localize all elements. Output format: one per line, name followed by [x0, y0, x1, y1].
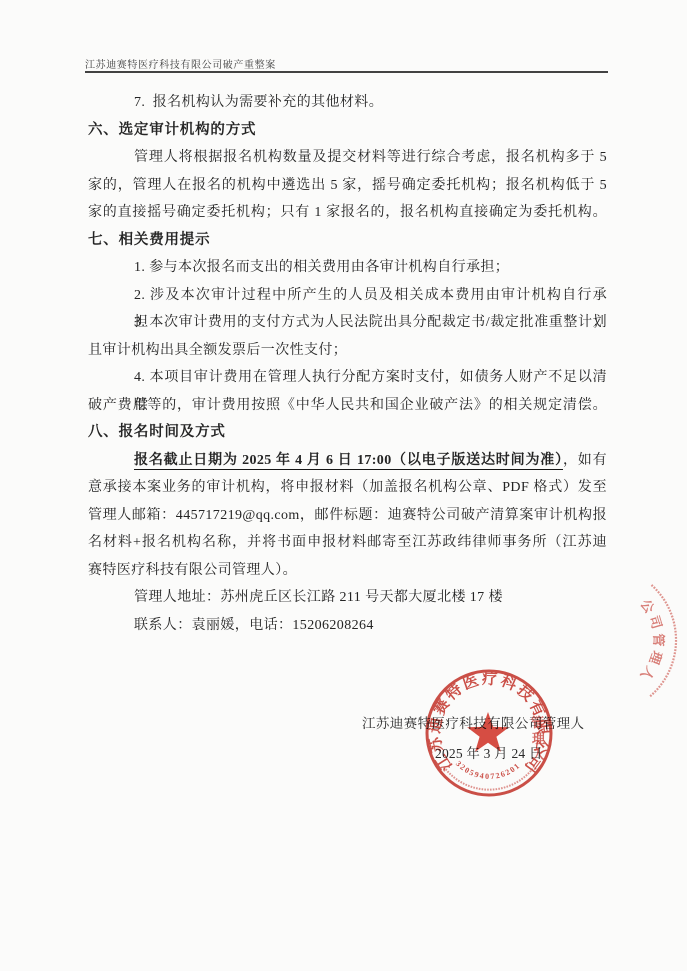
text-line: 3. 本次审计费用的支付方式为人民法院出具分配裁定书/裁定批准重整计划 — [88, 309, 607, 337]
text-line: 联系人：袁丽媛，电话：15206208264 — [88, 612, 607, 640]
text-line: 家的直接摇号确定委托机构；只有 1 家报名的，报名机构直接确定为委托机构。 — [88, 199, 607, 227]
seal-code: 3205940726201 — [454, 759, 522, 781]
page-header: 江苏迪赛特医疗科技有限公司破产重整案 — [85, 56, 625, 71]
text-line: 管理人将根据报名机构数量及提交材料等进行综合考虑，报名机构多于 5 — [88, 144, 607, 172]
seal-side-text: 管 理 人 — [531, 715, 546, 762]
text-line: 管理人邮箱：445717219@qq.com，邮件标题：迪赛特公司破产清算案审计… — [88, 502, 607, 530]
text-line: 赛特医疗科技有限公司管理人）。 — [88, 557, 607, 585]
text-line: 且审计机构出具全额发票后一次性支付； — [88, 337, 607, 365]
text-line: 1. 参与本次报名而支出的相关费用由各审计机构自行承担； — [88, 254, 607, 282]
edge-seal-ring-text: 公司管理人 — [635, 597, 666, 686]
text-line: 2. 涉及本次审计过程中所产生的人员及相关成本费用由审计机构自行承担； — [88, 282, 607, 310]
seal-side-char: 理 — [532, 731, 546, 746]
document-page: 江苏迪赛特医疗科技有限公司破产重整案 7. 报名机构认为需要补充的其他材料。六、… — [0, 0, 687, 971]
text-line: 意承接本案业务的审计机构，将申报材料（加盖报名机构公章、PDF 格式）发至 — [88, 474, 607, 502]
section-heading: 八、报名时间及方式 — [88, 419, 607, 447]
text-line: 破产费用等的，审计费用按照《中华人民共和国企业破产法》的相关规定清偿。 — [88, 392, 607, 420]
text-line: 名材料+报名机构名称，并将书面申报材料邮寄至江苏政纬律师事务所（江苏迪 — [88, 529, 607, 557]
document-body: 7. 报名机构认为需要补充的其他材料。六、选定审计机构的方式管理人将根据报名机构… — [88, 89, 607, 639]
partial-edge-seal: 公司管理人 — [560, 540, 687, 720]
company-seal: 江苏迪赛特医疗科技有限公司 3205940726201 管 理 人 — [413, 659, 563, 809]
text-line: 管理人地址：苏州虎丘区长江路 211 号天都大厦北楼 17 楼 — [88, 584, 607, 612]
seal-side-char: 管 — [531, 715, 544, 730]
seal-side-char: 人 — [532, 747, 545, 762]
text-segment: ，如有 — [563, 453, 607, 468]
text-line: 报名截止日期为 2025 年 4 月 6 日 17:00（以电子版送达时间为准）… — [88, 447, 607, 475]
header-rule — [85, 71, 608, 73]
text-line: 家的，管理人在报名的机构中遴选出 5 家，摇号确定委托机构；报名机构低于 5 — [88, 172, 607, 200]
text-line: 7. 报名机构认为需要补充的其他材料。 — [88, 89, 607, 117]
section-heading: 六、选定审计机构的方式 — [88, 117, 607, 145]
seal-star-icon — [467, 712, 509, 752]
section-heading: 七、相关费用提示 — [88, 227, 607, 255]
deadline-emphasis: 报名截止日期为 2025 年 4 月 6 日 17:00（以电子版送达时间为准） — [134, 453, 563, 470]
text-line: 4. 本项目审计费用在管理人执行分配方案时支付，如债务人财产不足以清偿 — [88, 364, 607, 392]
